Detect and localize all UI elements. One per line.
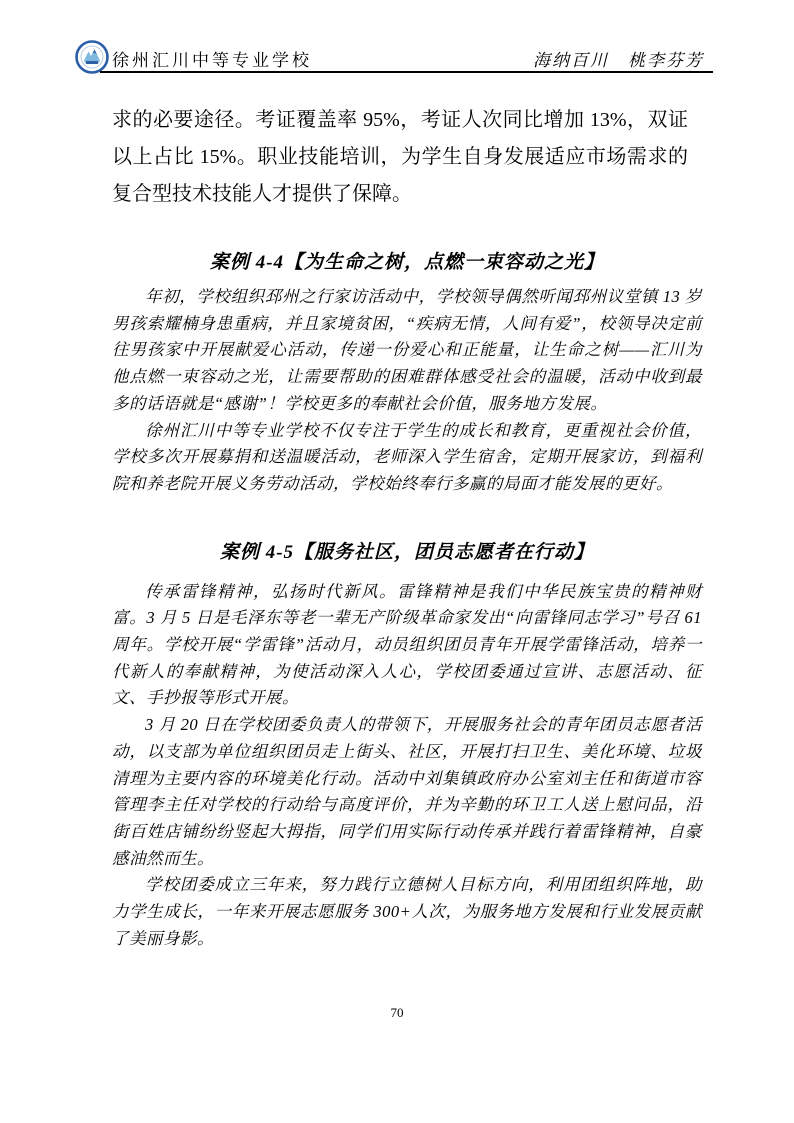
case-4-5-paragraph-1: 传承雷锋精神，弘扬时代新风。雷锋精神是我们中华民族宝贵的精神财富。3 月 5 日… (112, 579, 702, 713)
page-number: 70 (0, 1005, 794, 1021)
school-logo-icon (75, 40, 109, 74)
document-page: 徐州汇川中等专业学校 海纳百川 桃李芬芳 求的必要途径。考证覆盖率 95%，考证… (0, 0, 794, 1123)
document-body: 求的必要途径。考证覆盖率 95%，考证人次同比增加 13%，双证以上占比 15%… (112, 74, 702, 952)
intro-paragraph: 求的必要途径。考证覆盖率 95%，考证人次同比增加 13%，双证以上占比 15%… (112, 102, 688, 213)
case-4-4-paragraph-1: 年初，学校组织邳州之行家访活动中，学校领导偶然听闻邳州议堂镇 13 岁男孩索耀楠… (112, 284, 702, 418)
case-4-4-title: 案例 4-4【为生命之树，点燃一束容动之光】 (112, 250, 702, 276)
header-divider (100, 71, 713, 73)
school-name: 徐州汇川中等专业学校 (112, 46, 312, 71)
case-4-5-paragraph-3: 学校团委成立三年来，努力践行立德树人目标方向，利用团组织阵地，助力学生成长，一年… (112, 872, 702, 952)
case-4-5-paragraph-2: 3 月 20 日在学校团委负责人的带领下，开展服务社会的青年团员志愿者活动，以支… (112, 712, 702, 872)
case-4-4-paragraph-2: 徐州汇川中等专业学校不仅专注于学生的成长和教育，更重视社会价值，学校多次开展募捐… (112, 418, 702, 498)
case-4-4-body: 年初，学校组织邳州之行家访活动中，学校领导偶然听闻邳州议堂镇 13 岁男孩索耀楠… (112, 284, 702, 498)
case-4-5-body: 传承雷锋精神，弘扬时代新风。雷锋精神是我们中华民族宝贵的精神财富。3 月 5 日… (112, 579, 702, 953)
school-motto: 海纳百川 桃李芬芳 (533, 46, 704, 71)
case-4-5-title: 案例 4-5【服务社区，团员志愿者在行动】 (112, 540, 702, 566)
page-header: 徐州汇川中等专业学校 海纳百川 桃李芬芳 (112, 46, 704, 71)
